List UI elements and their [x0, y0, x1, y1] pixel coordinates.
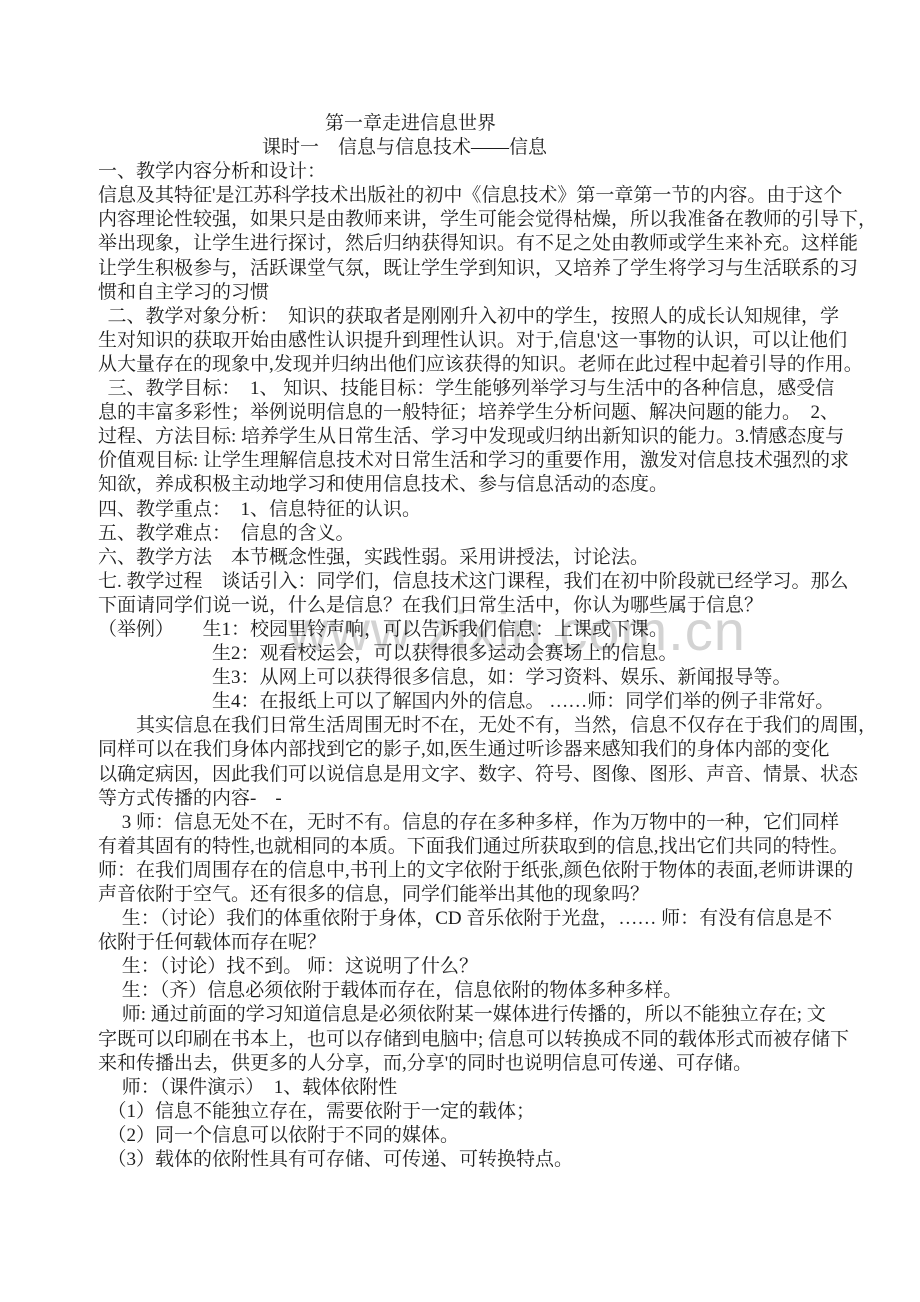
text-line: 依附于任何载体而存在呢？ [98, 931, 858, 955]
section-heading-5: 五、教学难点： 信息的含义。 [98, 522, 858, 546]
text-line: （3）载体的依附性具有可存储、可传递、可转换特点。 [98, 1148, 858, 1172]
text-line: 举出现象，让学生进行探讨，然后归纳获得知识。有不足之处由教师或学生来补充。这样能 [98, 232, 858, 256]
text-line: 从大量存在的现象中,发现并归纳出他们应该获得的知识。老师在此过程中起着引导的作用… [98, 353, 858, 377]
section-heading-4: 四、教学重点： 1、信息特征的认识。 [98, 498, 858, 522]
text-line: 知欲，养成积极主动地学习和使用信息技术、参与信息活动的态度。 [98, 473, 858, 497]
text-line: 师：在我们周围存在的信息中,书刊上的文字依附于纸张,颜色依附于物体的表面,老师讲… [98, 859, 858, 883]
text-line: 生：（讨论）我们的体重依附于身体，CD 音乐依附于光盘，…… 师：有没有信息是不 [98, 907, 858, 931]
section-heading-7: 七. 教学过程 谈话引入：同学们，信息技术这门课程，我们在初中阶段就已经学习。那… [98, 570, 858, 594]
doc-title: 第一章走进信息世界 [98, 112, 858, 136]
text-line: （2）同一个信息可以依附于不同的媒体。 [98, 1124, 858, 1148]
document-page: www.zixin.com.cn 第一章走进信息世界课时一 信息与信息技术——信… [0, 0, 920, 1302]
text-line: 下面请同学们说一说，什么是信息？在我们日常生活中，你认为哪些属于信息？ [98, 594, 858, 618]
text-line: 师: 通过前面的学习知道信息是必须依附某一媒体进行传播的，所以不能独立存在; 文 [98, 1003, 858, 1027]
text-line: 以确定病因，因此我们可以说信息是用文字、数字、符号、图像、图形、声音、情景、状态 [98, 763, 858, 787]
text-line: 价值观目标: 让学生理解信息技术对日常生活和学习的重要作用，激发对信息技术强烈的… [98, 449, 858, 473]
text-line: 同样可以在我们身体内部找到它的影子,如,医生通过听诊器来感知我们的身体内部的变化 [98, 738, 858, 762]
section-heading-2: 二、教学对象分析： 知识的获取者是刚刚升入初中的学生，按照人的成长认知规律，学 [98, 305, 858, 329]
text-line: 生：（讨论）找不到。 师：这说明了什么？ [98, 955, 858, 979]
text-line: 字既可以印刷在书本上，也可以存储到电脑中; 信息可以转换成不同的载体形式而被存储… [98, 1028, 858, 1052]
text-line: 让学生积极参与，活跃课堂气氛，既让学生学到知识，又培养了学生将学习与生活联系的习 [98, 257, 858, 281]
text-line: 生4：在报纸上可以了解国内外的信息。 ……师：同学们举的例子非常好。 [98, 690, 858, 714]
text-line: 声音依附于空气。还有很多的信息，同学们能举出其他的现象吗？ [98, 883, 858, 907]
text-line: 师：（课件演示） 1、载体依附性 [98, 1076, 858, 1100]
text-line: 其实信息在我们日常生活周围无时不在，无处不有，当然，信息不仅存在于我们的周围， [98, 714, 858, 738]
text-line: 息的丰富多彩性；举例说明信息的一般特征；培养学生分析问题、解决问题的能力。 2、 [98, 401, 858, 425]
text-line: 生2：观看校运会，可以获得很多运动会赛场上的信息。 [98, 642, 858, 666]
doc-subtitle: 课时一 信息与信息技术——信息 [98, 136, 858, 160]
text-line: （举例） 生1：校园里铃声响，可以告诉我们信息：上课或下课。 [98, 618, 858, 642]
text-line: 有着其固有的特性,也就相同的本质。下面我们通过所获取到的信息,找出它们共同的特性… [98, 835, 858, 859]
text-line: 生：（齐）信息必须依附于载体而存在，信息依附的物体多种多样。 [98, 979, 858, 1003]
text-line: （1）信息不能独立存在，需要依附于一定的载体； [98, 1100, 858, 1124]
section-heading-6: 六、教学方法 本节概念性强，实践性弱。采用讲授法，讨论法。 [98, 546, 858, 570]
text-line: 生3：从网上可以获得很多信息，如：学习资料、娱乐、新闻报导等。 [98, 666, 858, 690]
section-heading-3: 三、教学目标： 1、 知识、技能目标：学生能够列举学习与生活中的各种信息，感受信 [98, 377, 858, 401]
text-line: 等方式传播的内容- - [98, 787, 858, 811]
text-line: 内容理论性较强，如果只是由教师来讲，学生可能会觉得枯燥，所以我准备在教师的引导下… [98, 208, 858, 232]
text-line: 3 师：信息无处不在，无时不有。信息的存在多种多样，作为万物中的一种，它们同样 [98, 811, 858, 835]
text-line: 惯和自主学习的习惯 [98, 281, 858, 305]
section-heading-1: 一、教学内容分析和设计： [98, 160, 858, 184]
text-line: 生对知识的获取开始由感性认识提升到理性认识。对于,信息'这一事物的认识，可以让他… [98, 329, 858, 353]
text-line: 过程、方法目标: 培养学生从日常生活、学习中发现或归纳出新知识的能力。3.情感态… [98, 425, 858, 449]
text-line: 来和传播出去，供更多的人分享，而,分享'的同时也说明信息可传递、可存储。 [98, 1052, 858, 1076]
document-content: 第一章走进信息世界课时一 信息与信息技术——信息一、教学内容分析和设计：信息及其… [98, 112, 858, 1172]
text-line: 信息及其特征'是江苏科学技术出版社的初中《信息技术》第一章第一节的内容。由于这个 [98, 184, 858, 208]
